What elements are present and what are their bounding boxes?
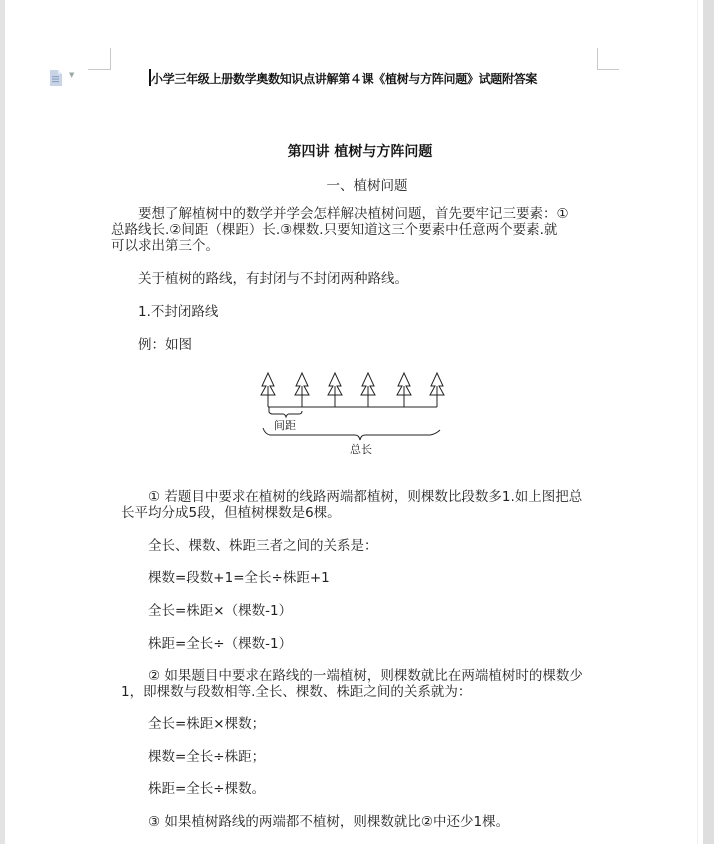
intro-line-1: 要想了解植树中的数学并学会怎样解决植树问题，首先要牢记三要素：① bbox=[138, 206, 569, 222]
page-edge-line bbox=[697, 0, 698, 844]
formula-4: 全长=株距×棵数； bbox=[148, 716, 265, 732]
routes-paragraph: 关于植树的路线，有封闭与不封闭两种路线。 bbox=[138, 271, 408, 287]
tree-icon bbox=[295, 373, 309, 407]
formula-6: 株距=全长÷棵数。 bbox=[148, 781, 265, 797]
intro-line-2: 总路线长.②间距（棵距）长.③棵数.只要知道这三个要素中任意两个要素.就 bbox=[111, 222, 557, 238]
tree-icon bbox=[397, 373, 411, 407]
gap-label: 间距 bbox=[274, 417, 296, 433]
section-heading: 一、植树问题 bbox=[0, 174, 714, 194]
relation-intro: 全长、棵数、株距三者之间的关系是： bbox=[148, 538, 378, 554]
tree-icon bbox=[328, 373, 342, 407]
case2-line-2: 1，即棵数与段数相等.全长、棵数、株距之间的关系就为： bbox=[121, 684, 471, 700]
formula-1: 棵数=段数+1=全长÷株距+1 bbox=[148, 570, 330, 586]
intro-line-3: 可以求出第三个。 bbox=[111, 238, 219, 254]
formula-3: 株距=全长÷（棵数-1） bbox=[148, 636, 292, 652]
chevron-down-icon[interactable]: ▼ bbox=[69, 71, 74, 79]
case2-line-1: ② 如果题目中要求在路线的一端植树，则棵数就比在两端植树时的棵数少 bbox=[148, 668, 583, 684]
document-icon[interactable] bbox=[49, 70, 63, 86]
tree-icon bbox=[361, 373, 375, 407]
formula-2: 全长=株距×（棵数-1） bbox=[148, 603, 292, 619]
case3-paragraph: ③ 如果植树路线的两端都不植树，则棵数就比②中还少1棵。 bbox=[148, 814, 509, 830]
open-route-heading: 1.不封闭路线 bbox=[138, 304, 218, 320]
right-scroll-gutter[interactable] bbox=[703, 0, 714, 844]
case1-line-2: 长平均分成5段，但植树棵数是6棵。 bbox=[121, 505, 341, 521]
total-length-label: 总长 bbox=[350, 441, 372, 457]
header-title[interactable]: 小学三年级上册数学奥数知识点讲解第４课《植树与方阵问题》试题附答案 bbox=[151, 70, 537, 87]
example-label: 例：如图 bbox=[138, 337, 192, 353]
formula-5: 棵数=全长÷株距； bbox=[148, 749, 265, 765]
page-title: 第四讲 植树与方阵问题 bbox=[0, 141, 714, 161]
tree-icon bbox=[430, 373, 444, 407]
tree-icon bbox=[261, 373, 275, 407]
case1-line-1: ① 若题目中要求在植树的线路两端都植树，则棵数比段数多1.如上图把总 bbox=[148, 489, 582, 505]
